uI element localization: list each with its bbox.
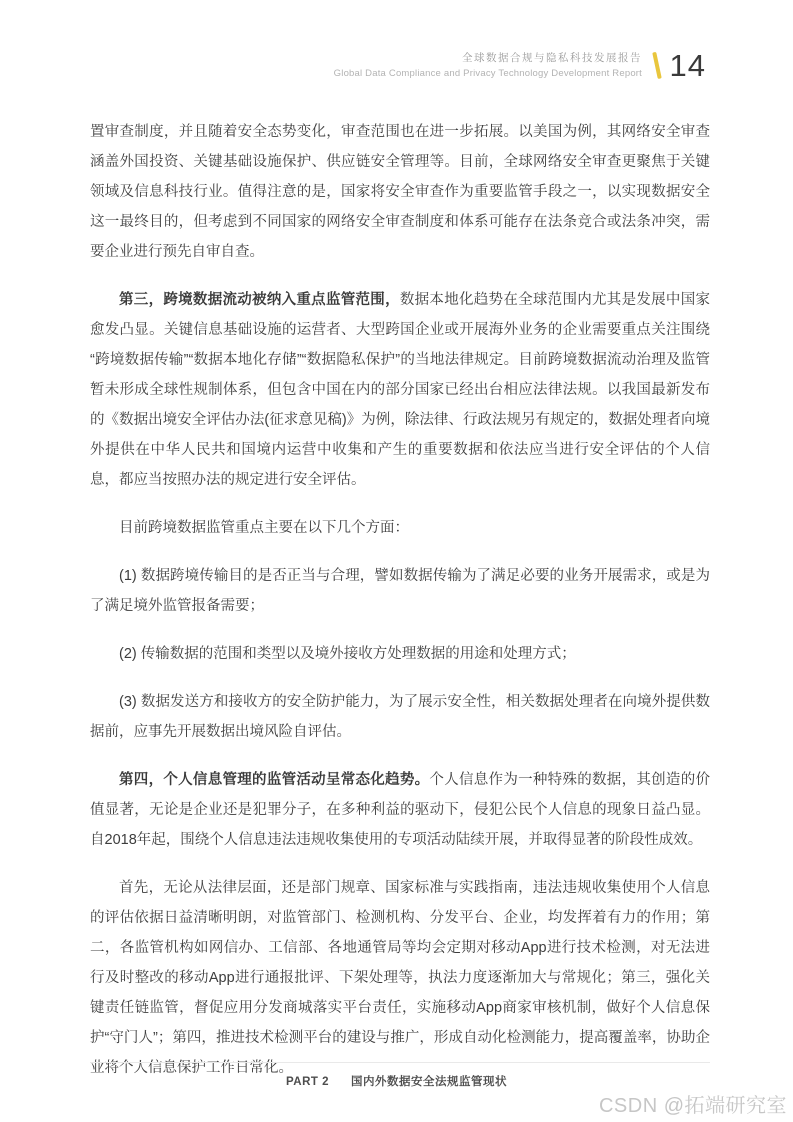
report-title-block: 全球数据合规与隐私科技发展报告 Global Data Compliance a… bbox=[334, 52, 642, 80]
page-number: 14 bbox=[670, 50, 706, 81]
paragraph-lead: 第三，跨境数据流动被纳入重点监管范围， bbox=[119, 292, 400, 308]
csdn-watermark: CSDN @拓端研究室 bbox=[599, 1089, 787, 1118]
footer-divider bbox=[90, 1062, 710, 1063]
paragraph: (2) 传输数据的范围和类型以及境外接收方处理数据的用途和处理方式； bbox=[90, 639, 710, 669]
footer-part-label: PART 2 bbox=[286, 1076, 329, 1088]
paragraph: (3) 数据发送方和接收方的安全防护能力，为了展示安全性，相关数据处理者在向境外… bbox=[90, 687, 710, 747]
accent-slash-icon bbox=[652, 52, 661, 79]
paragraph: (1) 数据跨境传输目的是否正当与合理，譬如数据传输为了满足必要的业务开展需求，… bbox=[90, 561, 710, 621]
report-title-zh: 全球数据合规与隐私科技发展报告 bbox=[334, 52, 642, 65]
page-footer: PART 2国内外数据安全法规监管现状 bbox=[0, 1073, 793, 1089]
footer-section-title: 国内外数据安全法规监管现状 bbox=[351, 1076, 507, 1088]
paragraph: 目前跨境数据监管重点主要在以下几个方面： bbox=[90, 513, 710, 543]
page-body: 置审查制度，并且随着安全态势变化，审查范围也在进一步拓展。以美国为例，其网络安全… bbox=[90, 117, 710, 1083]
paragraph: 置审查制度，并且随着安全态势变化，审查范围也在进一步拓展。以美国为例，其网络安全… bbox=[90, 117, 710, 267]
paragraph: 首先，无论从法律层面，还是部门规章、国家标准与实践指南，违法违规收集使用个人信息… bbox=[90, 873, 710, 1083]
document-page: 全球数据合规与隐私科技发展报告 Global Data Compliance a… bbox=[0, 0, 793, 1122]
page-header: 全球数据合规与隐私科技发展报告 Global Data Compliance a… bbox=[334, 50, 706, 81]
paragraph: 第三，跨境数据流动被纳入重点监管范围，数据本地化趋势在全球范围内尤其是发展中国家… bbox=[90, 285, 710, 495]
report-title-en: Global Data Compliance and Privacy Techn… bbox=[334, 68, 642, 80]
paragraph-lead: 第四，个人信息管理的监管活动呈常态化趋势。 bbox=[119, 772, 429, 788]
paragraph: 第四，个人信息管理的监管活动呈常态化趋势。个人信息作为一种特殊的数据，其创造的价… bbox=[90, 765, 710, 855]
